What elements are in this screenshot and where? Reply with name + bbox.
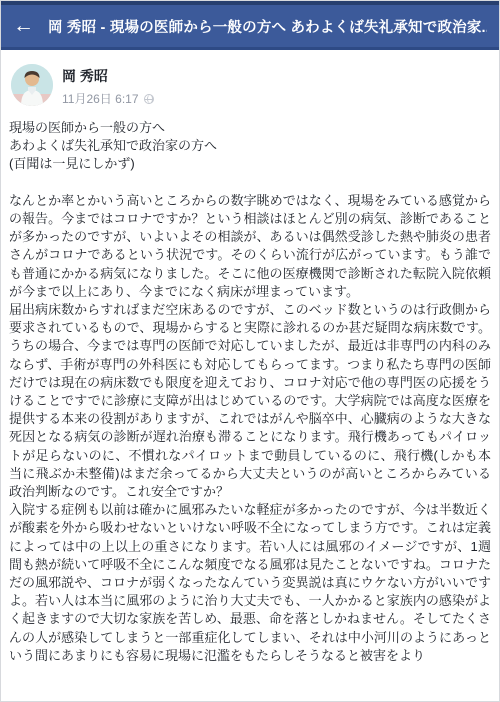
post-timestamp[interactable]: 11月26日 6:17 xyxy=(62,90,139,107)
post-header: 岡 秀昭 11月26日 6:17 xyxy=(1,50,499,113)
privacy-globe-icon xyxy=(144,94,154,104)
author-avatar[interactable] xyxy=(11,64,53,106)
author-name[interactable]: 岡 秀昭 xyxy=(62,66,154,86)
page-title: 岡 秀昭 - 現場の医師から一般の方へ あわよくば失礼承知で政治家... xyxy=(48,16,487,37)
facebook-post-screen: ← 岡 秀昭 - 現場の医師から一般の方へ あわよくば失礼承知で政治家... 岡… xyxy=(0,0,500,702)
post-body-text: 現場の医師から一般の方へ あわよくば失礼承知で政治家の方へ (百聞は一見にしかず… xyxy=(1,113,499,665)
back-arrow-icon[interactable]: ← xyxy=(13,15,34,38)
post-meta: 岡 秀昭 11月26日 6:17 xyxy=(62,64,154,107)
top-navbar: ← 岡 秀昭 - 現場の医師から一般の方へ あわよくば失礼承知で政治家... xyxy=(1,1,499,50)
doctor-avatar-image xyxy=(11,64,53,106)
timestamp-row: 11月26日 6:17 xyxy=(62,90,154,107)
